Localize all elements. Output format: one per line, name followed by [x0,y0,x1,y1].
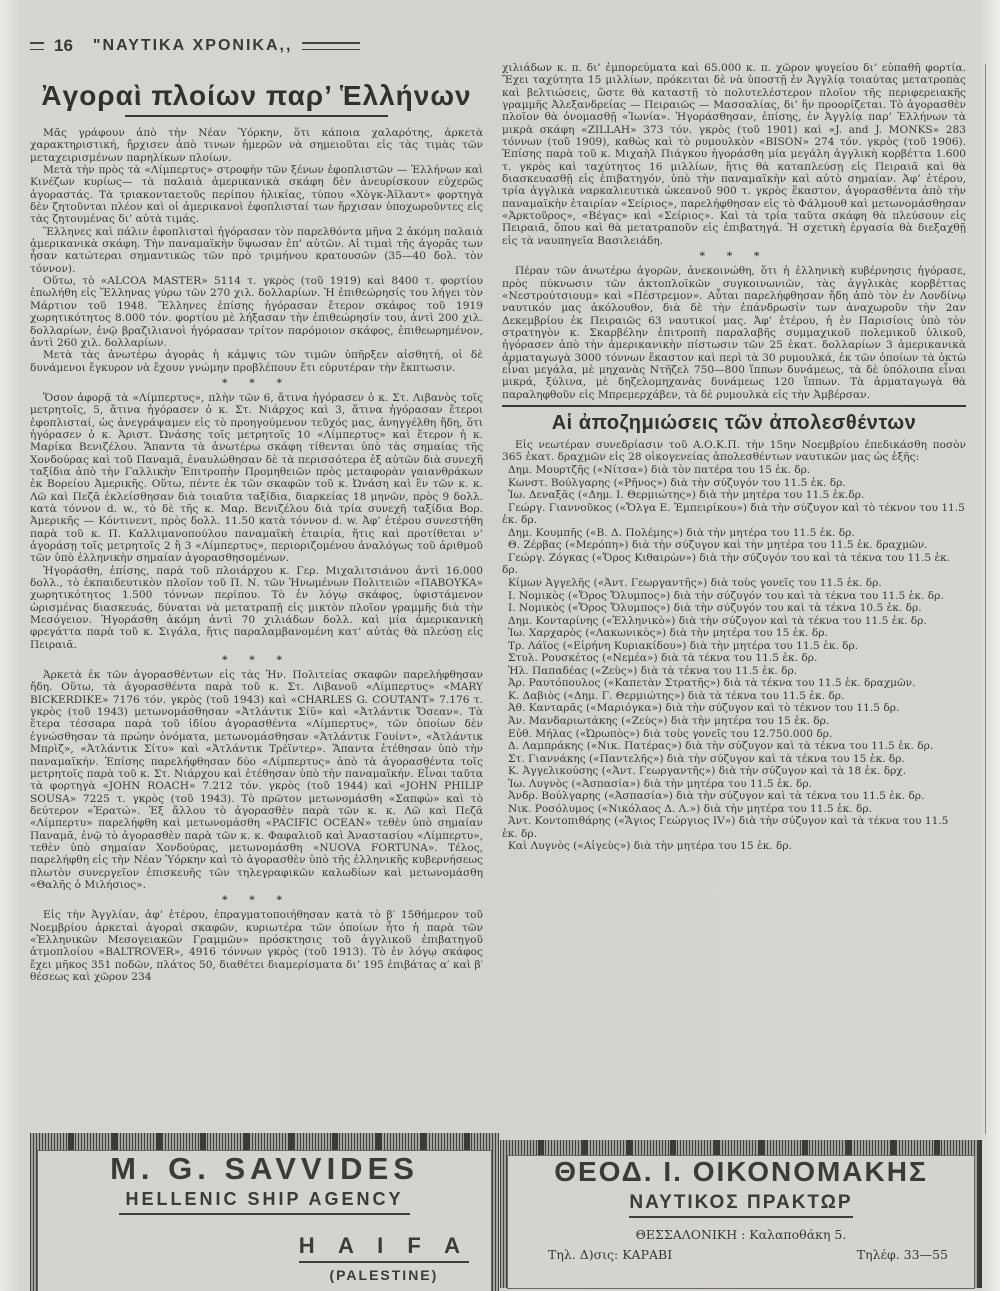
claim-entry: Δημ. Μουρτζῆς («Νίτσα») διὰ τὸν πατέρα τ… [502,464,966,477]
oikonomakis-telegraph: Τηλ. Δ)σις: ΚΑΡΑΒΙ [548,1247,672,1262]
section-separator: * * * [30,893,483,907]
section-separator: * * * [30,653,483,667]
claim-entry: Γεώργ. Ζόγκας («Ὄρος Κιθαιρὼν») διὰ τὴν … [502,552,966,577]
paragraph: Ἠγοράσθη, ἐπίσης, παρὰ τοῦ πλοιάρχου κ. … [30,565,483,651]
claim-entry: Γεώργ. Γιαννοῦκος («Ὄλγα Ε. Ἐμπειρίκου»)… [502,502,966,527]
claim-entry: Κ. Δαβιὸς («Δημ. Γ. Θερμιώτης») διὰ τὰ τ… [502,690,966,703]
claim-entry: Ἠλ. Παπαδέας («Ζεὺς») διὰ τὰ τέκνα του 1… [502,665,966,678]
paragraph: Πέραν τῶν ἀνωτέρω ἀγορῶν, ἀνεκοινώθη, ὅτ… [502,265,966,401]
claim-entry: Στυλ. Ρουσκέτος («Νεμέα») διὰ τὰ τέκνα τ… [502,652,966,665]
claim-entry: Θ. Ζέρβας («Μερόπη») διὰ τὴν σύζυγον καὶ… [502,539,966,552]
savvides-city: H A I F A [299,1233,469,1263]
claim-entry: Τρ. Λάϊος («Εἰρήνη Κυριακίδου») διὰ τὴν … [502,640,966,653]
magazine-page: 16 "ΝΑΥΤΙΚΑ ΧΡΟΝΙΚΑ,, Ἀγοραὶ πλοίων παρ’… [0,0,1000,1291]
section-separator: * * * [502,249,966,263]
paragraph: χιλιάδων κ. π. δι’ ἐμπορεύματα καὶ 65.00… [502,62,966,247]
claim-entry: Εὐθ. Μήλας («Ὠρωπὸς») διὰ τοὺς γονεῖς το… [502,728,966,741]
paragraph: Μετὰ τὰς ἀνωτέρω ἀγορὰς ἡ κάμψις τῶν τιμ… [30,349,483,374]
page-number: 16 [54,36,73,56]
section-separator: * * * [30,376,483,390]
oikonomakis-ad: ΘΕΟΔ. Ι. ΟΙΚΟΝΟΜΑΚΗΣ ΝΑΥΤΙΚΟΣ ΠΡΑΚΤΩΡ ΘΕ… [500,1140,982,1288]
claim-entry: Ἰω. Δεναξᾶς («Δημ. Ι. Θερμιώτης») διὰ τὴ… [502,489,966,502]
paragraph: Ὅσον ἀφορᾷ τὰ «Λίμπερτυς», πλὴν τῶν 6, ἅ… [30,392,483,565]
masthead-title: "ΝΑΥΤΙΚΑ ΧΡΟΝΙΚΑ,, [93,37,292,55]
claim-entry: Κίμων Ἀγγελῆς («Ἀντ. Γεωργαντῆς») διὰ το… [502,577,966,590]
claim-entry: Ἀν. Μανδαριωτάκης («Ζεὺς») διὰ τὴν μητέρ… [502,715,966,728]
claim-entry: Δημ. Κονταρίνης («Ἑλληνικὸ») διὰ τὴν σύζ… [502,615,966,628]
claim-entry: Στ. Γιαννάκης («Παντελῆς») διὰ τὴν σύζυγ… [502,753,966,766]
column-rule [985,64,986,1134]
savvides-subtitle-wrap: HELLENIC SHIP AGENCY [38,1187,491,1215]
paragraph: Ἀρκετὰ ἐκ τῶν ἀγορασθέντων εἰς τὰς Ἡν. Π… [30,669,483,891]
article-title: Ἀγοραὶ πλοίων παρ’ Ἑλλήνων [30,80,483,117]
oikonomakis-name: ΘΕΟΔ. Ι. ΟΙΚΟΝΟΜΑΚΗΣ [508,1156,974,1188]
claims-intro: Εἰς νεωτέραν συνεδρίασιν τοῦ Α.Ο.Κ.Π. τὴ… [502,439,966,464]
savvides-city-block: H A I F A (PALESTINE) [299,1233,469,1283]
claim-entry: Νικ. Ροσόλυμος («Νικόλαος Δ. Λ.») διὰ τὴ… [502,803,966,816]
paragraph: Μᾶς γράφουν ἀπὸ τὴν Νέαν Ὑόρκην, ὅτι κάπ… [30,127,483,164]
claims-section-title: Αἱ ἀποζημιώσεις τῶν ἀπολεσθέντων [502,405,966,435]
oikonomakis-address: ΘΕΣΣΑΛΟΝΙΚΗ : Καλαποθάκη 5. [508,1227,974,1242]
claim-entry: Κ. Ἀγγελικούσης («Ἀντ. Γεωργαντῆς») διὰ … [502,765,966,778]
savvides-ad: M. G. SAVVIDES HELLENIC SHIP AGENCY H A … [30,1133,499,1291]
claim-entry: Ἀντ. Κοντοπιθάρης («Ἅγιος Γεώργιος IV») … [502,815,966,840]
oikonomakis-contact-row: Τηλ. Δ)σις: ΚΑΡΑΒΙ Τηλέφ. 33—55 [508,1242,974,1262]
savvides-subtitle: HELLENIC SHIP AGENCY [119,1187,409,1215]
claim-entry: Ἀρ. Ραυτόπουλος («Καπετὰν Στρατῆς») διὰ … [502,677,966,690]
claim-entry: Ἀνδρ. Βούλγαρης («Ἀσπασία») διὰ τὴν σύζυ… [502,790,966,803]
claim-entry: Ἰω. Λυγνὸς («Ἀσπασία») διὰ τὴν μητέρα το… [502,778,966,791]
right-column: χιλιάδων κ. π. δι’ ἐμπορεύματα καὶ 65.00… [502,62,966,1137]
left-column: Ἀγοραὶ πλοίων παρ’ Ἑλλήνων Μᾶς γράφουν ἀ… [30,80,483,1132]
oikonomakis-subtitle: ΝΑΥΤΙΚΟΣ ΠΡΑΚΤΩΡ [629,1192,852,1218]
claims-entries: Δημ. Μουρτζῆς («Νίτσα») διὰ τὸν πατέρα τ… [502,464,966,853]
paragraph: Μετὰ τὴν πρὸς τὰ «Λίμπερτυς» στροφὴν τῶν… [30,164,483,226]
savvides-name: M. G. SAVVIDES [38,1151,491,1187]
oikonomakis-phone: Τηλέφ. 33—55 [857,1247,948,1262]
claim-entry: Δημ. Κουμπῆς («Β. Δ. Πολέμης») διὰ τὴν μ… [502,527,966,540]
claim-entry: Ι. Νομικὸς («Ὄρος Ὄλυμπος») διὰ τὴν σύζυ… [502,590,966,603]
header-rule-right [302,42,360,50]
oikonomakis-subtitle-wrap: ΝΑΥΤΙΚΟΣ ΠΡΑΚΤΩΡ [508,1192,974,1218]
claim-entry: Ι. Νομικὸς («Ὄρος Ὄλυμπος») διὰ τὴν σύζυ… [502,602,966,615]
oikonomakis-ad-inner: ΘΕΟΔ. Ι. ΟΙΚΟΝΟΜΑΚΗΣ ΝΑΥΤΙΚΟΣ ΠΡΑΚΤΩΡ ΘΕ… [508,1156,974,1288]
claim-entry: Ἰω. Χαρχαρὸς («Λακωνικὸς») διὰ τὴν μητέρ… [502,627,966,640]
paragraph: Οὕτω, τὸ «ALCOA MASTER» 5114 τ. γκρὸς (τ… [30,275,483,349]
claim-entry: Δ. Λαμπράκης («Νικ. Πατέρας») διὰ τὴν σύ… [502,740,966,753]
paragraph: Εἰς τὴν Ἀγγλίαν, ἀφ’ ἑτέρου, ἐπραγματοπο… [30,909,483,983]
page-header: 16 "ΝΑΥΤΙΚΑ ΧΡΟΝΙΚΑ,, [30,36,970,56]
claim-entry: Κωνστ. Βούλγαρης («Ρῆνος») διὰ τὴν σύζυγ… [502,477,966,490]
claim-entry: Ἀθ. Κανταρᾶς («Μαριόγκα») διὰ τὴν σύζυγο… [502,702,966,715]
claims-list: Εἰς νεωτέραν συνεδρίασιν τοῦ Α.Ο.Κ.Π. τὴ… [502,439,966,853]
header-rule-left [30,42,44,50]
savvides-ad-inner: M. G. SAVVIDES HELLENIC SHIP AGENCY H A … [38,1151,491,1291]
claim-entry: Καὶ Λυγνὸς («Αἰγεὺς») διὰ τὴν μητέρα του… [502,840,966,853]
paragraph: Ἕλληνες καὶ πάλιν ἐφοπλισταὶ ἠγόρασαν τὸ… [30,226,483,275]
savvides-country: (PALESTINE) [299,1267,469,1283]
